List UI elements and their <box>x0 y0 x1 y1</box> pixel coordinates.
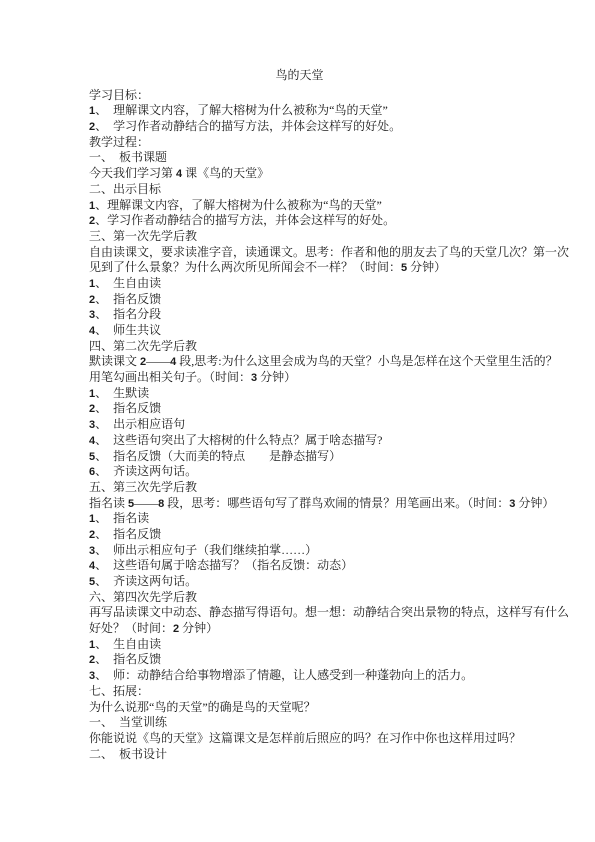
text-line: 一、 板书课题 <box>89 150 510 166</box>
text-line: 二、 板书设计 <box>89 747 510 763</box>
text-line: 3、 出示相应语句 <box>89 417 510 433</box>
text-line: 4、 师生共议 <box>89 323 510 339</box>
text-line: 5、 指名反馈（大而美的特点 是静态描写） <box>89 449 510 465</box>
text-line: 5、 齐读这两句话。 <box>89 574 510 590</box>
text-line: 3、 师出示相应句子（我们继续拍掌……） <box>89 543 510 559</box>
text-line: 2、学习作者动静结合的描写方法，并体会这样写的好处。 <box>89 213 510 229</box>
text-line: 默读课文 2——4 段,思考:为什么这里会成为鸟的天堂？小鸟是怎样在这个天堂里生… <box>89 354 510 370</box>
text-line: 4、 这些语句突出了大榕树的什么特点？属于啥态描写? <box>89 433 510 449</box>
text-line: 1、 理解课文内容，了解大榕树为什么被称为“鸟的天堂” <box>89 103 510 119</box>
text-line: 2、 学习作者动静结合的描写方法，并体会这样写的好处。 <box>89 119 510 135</box>
text-line: 2、 指名反馈 <box>89 292 510 308</box>
document-page: 鸟的天堂 学习目标： 1、 理解课文内容，了解大榕树为什么被称为“鸟的天堂” 2… <box>0 0 595 842</box>
text-line: 再写品读课文中动态、静态描写得语句。想一想：动静结合突出景物的特点，这样写有什么 <box>89 605 510 621</box>
text-line: 2、 指名反馈 <box>89 401 510 417</box>
text-line: 3、 指名分段 <box>89 307 510 323</box>
text-line: 2、 指名反馈 <box>89 652 510 668</box>
text-line: 6、 齐读这两句话。 <box>89 464 510 480</box>
text-line: 1、 指名读 <box>89 511 510 527</box>
text-line: 四、第二次先学后教 <box>89 339 510 355</box>
text-line: 4、 这些语句属于啥态描写？（指名反馈：动态） <box>89 558 510 574</box>
text-line: 1、 生自由读 <box>89 637 510 653</box>
text-line: 七、拓展： <box>89 684 510 700</box>
text-line: 为什么说那“鸟的天堂”的确是鸟的天堂呢？ <box>89 700 510 716</box>
text-line: 见到了什么景象？为什么两次所见所闻会不一样？（时间：5 分钟） <box>89 260 510 276</box>
text-line: 1、理解课文内容，了解大榕树为什么被称为“鸟的天堂” <box>89 198 510 214</box>
text-line: 学习目标： <box>89 88 510 104</box>
text-line: 三、第一次先学后教 <box>89 229 510 245</box>
text-line: 你能说说《鸟的天堂》这篇课文是怎样前后照应的吗？在习作中你也这样用过吗？ <box>89 731 510 747</box>
text-line: 好处？（时间：2 分钟） <box>89 621 510 637</box>
text-line: 1、 生自由读 <box>89 276 510 292</box>
document-title: 鸟的天堂 <box>89 68 510 84</box>
text-line: 3、 师：动静结合给事物增添了情趣，让人感受到一种蓬勃向上的活力。 <box>89 668 510 684</box>
text-line: 今天我们学习第 4 课《鸟的天堂》 <box>89 166 510 182</box>
text-line: 用笔勾画出相关句子。（时间：3 分钟） <box>89 370 510 386</box>
text-line: 教学过程： <box>89 135 510 151</box>
text-line: 指名读 5——8 段，思考：哪些语句写了群鸟欢闹的情景？用笔画出来。（时间：3 … <box>89 496 510 512</box>
text-line: 二、出示目标 <box>89 182 510 198</box>
text-line: 自由读课文，要求读准字音，读通课文。思考：作者和他的朋友去了鸟的天堂几次？第一次 <box>89 245 510 261</box>
text-line: 五、第三次先学后教 <box>89 480 510 496</box>
text-line: 2、 指名反馈 <box>89 527 510 543</box>
text-line: 一、 当堂训练 <box>89 715 510 731</box>
text-line: 1、 生默读 <box>89 386 510 402</box>
text-line: 六、第四次先学后教 <box>89 590 510 606</box>
document-body: 鸟的天堂 学习目标： 1、 理解课文内容，了解大榕树为什么被称为“鸟的天堂” 2… <box>89 68 510 762</box>
